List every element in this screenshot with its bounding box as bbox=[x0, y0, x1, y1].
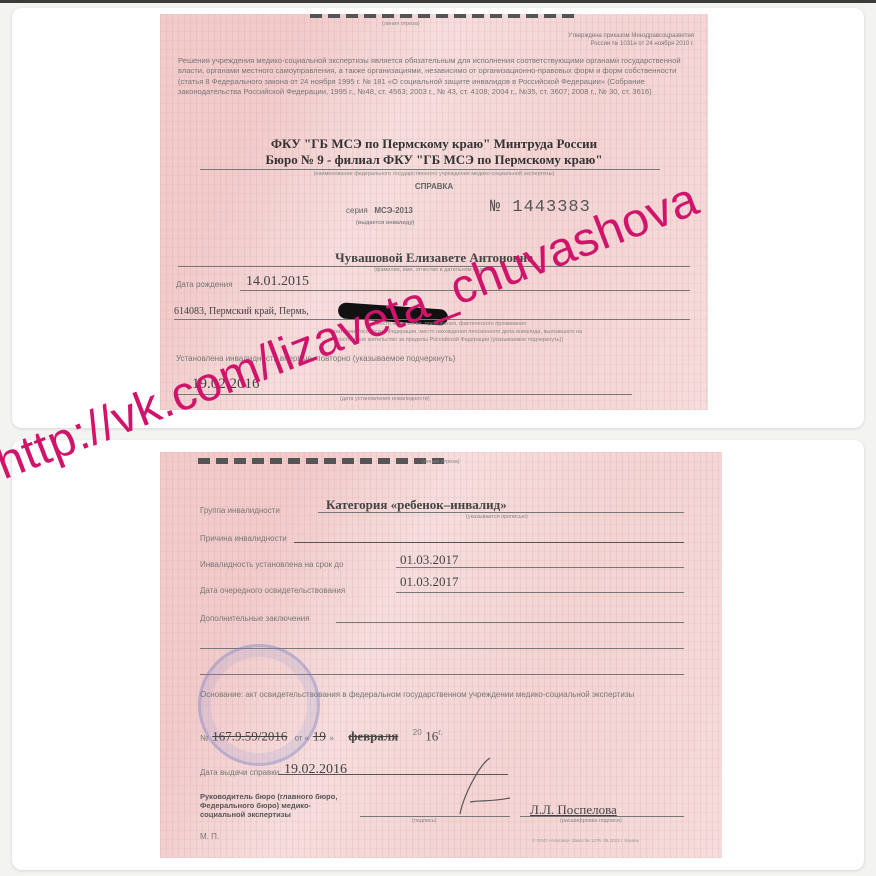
cut-line bbox=[310, 14, 580, 18]
term-label: Инвалидность установлена на срок до bbox=[200, 560, 343, 569]
group-caption: (указывается прописью) bbox=[466, 514, 528, 520]
act-from: от « bbox=[295, 733, 310, 742]
org-caption: (наименование федерального государственн… bbox=[160, 171, 708, 177]
head-label: Руководитель бюро (главного бюро, Федера… bbox=[200, 792, 340, 819]
act-month: февраля bbox=[348, 728, 398, 743]
cut-line bbox=[198, 458, 448, 464]
group-label: Группа инвалидности bbox=[200, 506, 280, 515]
series-label: серия bbox=[346, 206, 368, 215]
cause-label: Причина инвалидности bbox=[200, 534, 287, 543]
signature bbox=[430, 754, 520, 824]
next-exam-underline bbox=[396, 592, 684, 593]
group-underline bbox=[318, 512, 684, 513]
issue-date: 19.02.2016 bbox=[284, 762, 347, 778]
certificate-bottom-part: (линия отреза) Группа инвалидности Катег… bbox=[160, 452, 722, 858]
act-year: 16 bbox=[425, 728, 438, 743]
org-line-1: ФКУ "ГБ МСЭ по Пермскому краю" Минтруда … bbox=[160, 136, 708, 152]
series: серия МСЭ-2013 bbox=[346, 206, 413, 215]
seal-stamp bbox=[198, 644, 320, 766]
birth-date-label: Дата рождения bbox=[176, 280, 232, 289]
established-date-caption: (дата установления инвалидности) bbox=[340, 396, 430, 402]
series-value: МСЭ-2013 bbox=[374, 206, 413, 215]
doc-title: СПРАВКА bbox=[160, 182, 708, 191]
basis-text: Основание: акт освидетельствования в фед… bbox=[200, 690, 670, 700]
cause-underline bbox=[294, 542, 684, 543]
act-year-prefix: 20 bbox=[413, 728, 422, 737]
issue-date-label: Дата выдачи справки bbox=[200, 768, 279, 777]
term-value: 01.03.2017 bbox=[400, 552, 459, 568]
signature-underline bbox=[360, 816, 510, 817]
group-value: Категория «ребенок–инвалид» bbox=[326, 497, 507, 513]
legal-text: Решения учреждения медико-социальной экс… bbox=[178, 56, 692, 98]
org-line-2: Бюро № 9 - филиал ФКУ "ГБ МСЭ по Пермско… bbox=[160, 152, 708, 168]
org-underline bbox=[200, 169, 660, 170]
approved-line-1: Утверждена приказом Минздравсоцразвития bbox=[568, 32, 694, 40]
cut-line-label: (линия отреза) bbox=[422, 459, 460, 465]
status-bar bbox=[0, 0, 876, 3]
address: 614083, Пермский край, Пермь, bbox=[174, 306, 309, 317]
signature-caption: (подпись) bbox=[412, 818, 436, 824]
birth-date: 14.01.2015 bbox=[246, 274, 309, 290]
act-number-row: № 167.9.59/2016 от « 19 » февраля 20 16г… bbox=[200, 728, 442, 744]
act-day: 19 bbox=[313, 728, 326, 743]
next-exam-label: Дата очередного освидетельствования bbox=[200, 586, 345, 595]
cut-line-label: (линия отреза) bbox=[382, 21, 420, 27]
approved-note: Утверждена приказом Минздравсоцразвития … bbox=[568, 32, 694, 48]
printer-note: © ООО «Альтаир» Заказ № 1276. 05.2013 г.… bbox=[532, 838, 639, 843]
additional-underline-1 bbox=[336, 622, 684, 623]
additional-label: Дополнительные заключения bbox=[200, 614, 310, 623]
term-underline bbox=[396, 567, 684, 568]
act-number-prefix: № bbox=[200, 733, 209, 742]
signer-caption: (расшифровка подписи) bbox=[560, 818, 622, 824]
act-number: 167.9.59/2016 bbox=[212, 728, 287, 743]
seal-label: М. П. bbox=[200, 832, 219, 841]
act-year-suffix: г. bbox=[438, 728, 442, 737]
approved-line-2: России № 1031н от 24 ноября 2010 г. bbox=[568, 40, 694, 48]
next-exam-value: 01.03.2017 bbox=[400, 574, 459, 590]
signer-underline bbox=[520, 816, 684, 817]
issued-to-caption: (выдается инвалиду) bbox=[356, 220, 414, 226]
